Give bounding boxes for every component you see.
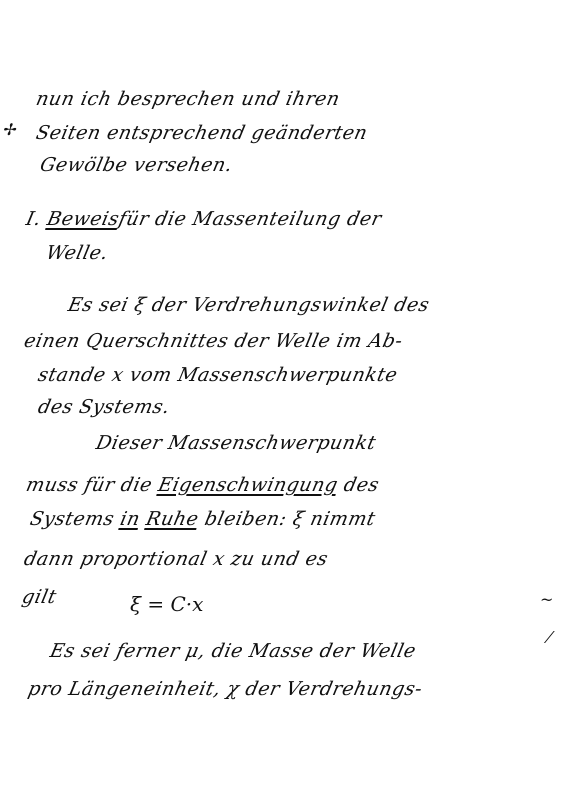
- line11-part-a: muss für die: [24, 474, 154, 496]
- underlined-in: in: [118, 508, 142, 530]
- margin-mark-left: ✢: [2, 120, 15, 139]
- margin-mark-right-2: ⁄: [548, 628, 551, 647]
- text-line-11: muss für die Eigenschwingung des: [24, 474, 381, 496]
- line11-part-b: des: [342, 474, 381, 496]
- text-line-14: gilt: [20, 586, 59, 608]
- margin-mark-right-1: ~: [540, 590, 553, 609]
- section-number: I.: [24, 208, 43, 230]
- text-line-1: nun ich besprechen und ihren: [34, 88, 342, 110]
- heading-rest: für die Massenteilung der: [117, 208, 384, 230]
- text-line-15: Es sei ferner μ, die Masse der Welle: [48, 640, 418, 662]
- text-line-5: Welle.: [44, 242, 110, 264]
- underlined-ruhe: Ruhe: [144, 508, 201, 530]
- text-line-3: Gewölbe versehen.: [38, 154, 235, 176]
- text-line-10: Dieser Massenschwerpunkt: [94, 432, 378, 454]
- text-line-2: Seiten entsprechend geänderten: [34, 122, 370, 144]
- text-line-8: stande x vom Massenschwerpunkte: [36, 364, 400, 386]
- text-line-9: des Systems.: [36, 396, 172, 418]
- line12-part-a: Systems: [28, 508, 116, 530]
- text-line-12: Systems in Ruhe bleiben: ξ nimmt: [28, 508, 377, 530]
- text-line-13: dann proportional x zu und es: [22, 548, 330, 570]
- line12-part-b: bleiben: ξ nimmt: [203, 508, 378, 530]
- text-line-6: Es sei ξ der Verdrehungswinkel des: [66, 294, 432, 316]
- heading-underlined-word: Beweis: [45, 208, 121, 230]
- manuscript-page: ✢ nun ich besprechen und ihren Seiten en…: [0, 0, 570, 805]
- section-heading: I. Beweisfür die Massenteilung der: [24, 208, 384, 230]
- underlined-eigenschwingung: Eigenschwingung: [156, 474, 340, 496]
- formula: ξ = C·x: [130, 592, 203, 616]
- text-line-16: pro Längeneinheit, χ der Verdrehungs-: [26, 678, 424, 700]
- text-line-7: einen Querschnittes der Welle im Ab-: [22, 330, 405, 352]
